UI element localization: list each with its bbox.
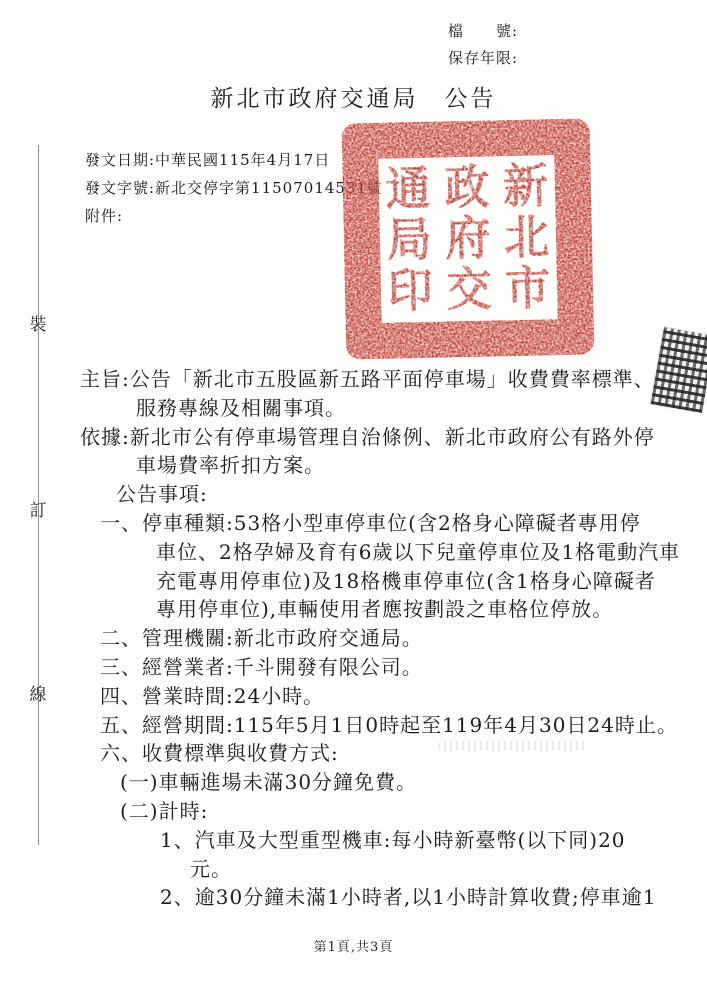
document-meta: 發文日期:中華民國115年4月17日 發文字號:新北交停字第1150701453… — [85, 146, 383, 230]
page-indicator: 第1頁,共3頁 — [0, 936, 707, 955]
seal-column: 新北市 — [503, 160, 551, 315]
body-line: 服務專線及相關事項。 — [0, 394, 707, 423]
seal-character: 交 — [446, 264, 492, 316]
seal-character: 局 — [386, 214, 432, 266]
body-line: (二)計時: — [0, 797, 707, 826]
attachment-label: 附件: — [85, 202, 383, 230]
body-line: 一、停車種類:53格小型車停車位(含2格身心障礙者專用停 — [0, 509, 707, 538]
retention-period-label: 保存年限: — [448, 47, 518, 68]
body-line: 車位、2格孕婦及育有6歲以下兒童停車位及1格電動汽車 — [0, 538, 707, 567]
doc-number-line: 發文字號:新北交停字第11507014531號 — [85, 174, 383, 202]
page-title: 新北市政府交通局 公告 — [0, 80, 707, 113]
seal-character: 新 — [503, 160, 549, 212]
body-lines: 主旨:公告「新北市五股區新五路平面停車場」收費費率標準、服務專線及相關事項。依據… — [0, 365, 707, 912]
seal-character: 北 — [504, 212, 550, 264]
edge-partial-stamp-icon — [651, 327, 707, 413]
seal-character: 通 — [385, 163, 431, 215]
body-line: 四、營業時間:24小時。 — [0, 682, 707, 711]
binding-mark-zhuang: 裝 — [28, 310, 48, 335]
seal-characters: 新北市政府交通局印 — [378, 155, 557, 323]
seal-column: 通局印 — [385, 163, 433, 318]
agency-seal: 新北市政府交通局印 — [342, 118, 595, 359]
body-line: 專用停車位),車輛使用者應按劃設之車格位停放。 — [0, 595, 707, 624]
file-number-label: 檔 號: — [448, 20, 518, 41]
scanner-smudge — [438, 741, 588, 751]
body-line: (一)車輛進場未滿30分鐘免費。 — [0, 768, 707, 797]
body-line: 六、收費標準與收費方式: — [0, 739, 707, 768]
seal-character: 市 — [505, 263, 551, 315]
body-line: 五、經營期間:115年5月1日0時起至119年4月30日24時止。 — [0, 711, 707, 740]
body-line: 1、汽車及大型重型機車:每小時新臺幣(以下同)20 — [0, 826, 707, 855]
body-line: 依據:新北市公有停車場管理自治條例、新北市政府公有路外停 — [0, 423, 707, 452]
body-line: 主旨:公告「新北市五股區新五路平面停車場」收費費率標準、 — [0, 365, 707, 394]
body-line: 二、管理機關:新北市政府交通局。 — [0, 624, 707, 653]
seal-character: 印 — [387, 265, 433, 317]
body-line: 充電專用停車位)及18格機車停車位(含1格身心障礙者 — [0, 567, 707, 596]
body-line: 車場費率折扣方案。 — [0, 451, 707, 480]
seal-character: 府 — [445, 213, 491, 265]
seal-column: 政府交 — [444, 161, 492, 316]
issue-date-line: 發文日期:中華民國115年4月17日 — [85, 146, 383, 174]
document-page: 檔 號: 保存年限: 新北市政府交通局 公告 發文日期:中華民國115年4月17… — [0, 0, 707, 1000]
body-line: 三、經營業者:千斗開發有限公司。 — [0, 653, 707, 682]
body-line: 公告事項: — [0, 480, 707, 509]
body-line: 2、逾30分鐘未滿1小時者,以1小時計算收費;停車逾1 — [0, 883, 707, 912]
body-line: 元。 — [0, 855, 707, 884]
seal-character: 政 — [444, 161, 490, 213]
